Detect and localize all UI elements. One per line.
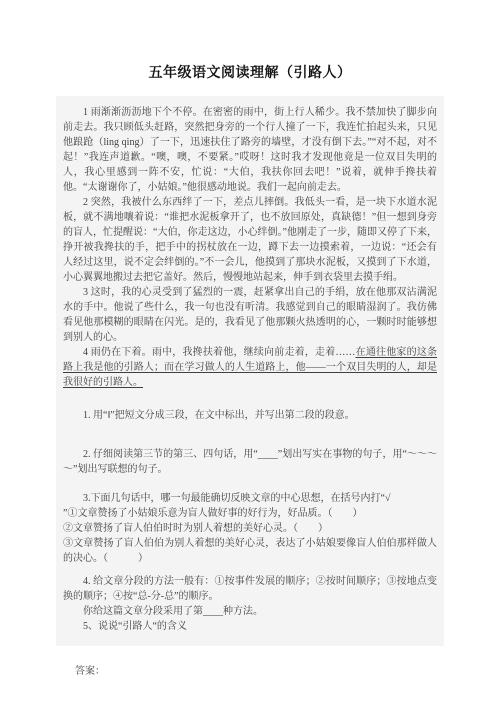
question-line: 1. 用“‖”把短文分成三段，在文中标出，并写出第二段的段意。 [63,408,437,423]
passage-paragraph: 3 这时，我的心灵受到了猛烈的一震，赶紧拿出自己的手绢，放在他那双沾满泥水的手中… [63,285,437,345]
passage: 1 雨渐渐沥沥地下个不停。在密密的雨中，街上行人稀少。我不禁加快了脚步向前走去。… [63,105,437,390]
passage-paragraph: 1 雨渐渐沥沥地下个不停。在密密的雨中，街上行人稀少。我不禁加快了脚步向前走去。… [63,105,437,195]
question-2: 2. 仔细阅读第三节的第三、四句话，用“____”划出写实在事物的句子，用“～～… [63,447,437,477]
page-title: 五年级语文阅读理解（引路人） [0,0,500,82]
question-1: 1. 用“‖”把短文分成三段，在文中标出，并写出第二段的段意。 [63,408,437,423]
question-line: 你给这篇文章分段采用了第____种方法。 [63,604,437,619]
passage-text: 2 突然，我被什么东西绊了一下，差点儿摔倒。我低头一看，是一块下水道水泥板，就不… [63,197,437,283]
passage-paragraph: 4 雨仍在下着。雨中，我搀扶着他，继续向前走着，走着……在通往他家的这条路上我是… [63,345,437,390]
passage-text: 3 这时，我的心灵受到了猛烈的一震，赶紧拿出自己的手绢，放在他那双沾满泥水的手中… [63,287,437,343]
passage-paragraph: 2 突然，我被什么东西绊了一下，差点儿摔倒。我低头一看，是一块下水道水泥板，就不… [63,195,437,285]
question-line: ③文章赞扬了盲人伯伯为别人着想的美好心灵，表达了小姑娘要像盲人伯伯那样做人的决心… [63,536,437,566]
document-body: 1 雨渐渐沥沥地下个不停。在密密的雨中，街上行人稀少。我不禁加快了脚步向前走去。… [56,96,444,646]
passage-text: 4 雨仍在下着。雨中，我搀扶着他，继续向前走着，走着…… [83,347,355,358]
answer-label: 答案： [75,664,500,679]
question-line: 4. 给文章分段的方法一般有：①按事件发展的顺序；②按时间顺序；③按地点变换的顺… [63,574,437,604]
passage-text: 1 雨渐渐沥沥地下个不停。在密密的雨中，街上行人稀少。我不禁加快了脚步向前走去。… [63,107,437,193]
question-line: 2. 仔细阅读第三节的第三、四句话，用“____”划出写实在事物的句子，用“～～… [63,447,437,477]
question-line: ②文章赞扬了盲人伯伯时时为别人着想的美好心灵。（ ） [63,521,437,536]
question-line: 5、说说“引路人“的含义 [63,619,437,634]
questions: 1. 用“‖”把短文分成三段，在文中标出，并写出第二段的段意。2. 仔细阅读第三… [63,408,437,634]
document-page: 五年级语文阅读理解（引路人） 1 雨渐渐沥沥地下个不停。在密密的雨中，街上行人稀… [0,0,500,708]
question-line: ”①文章赞扬了小姑娘乐意为盲人做好事的好行为，好品质。（ ） [63,506,437,521]
question-4: 4. 给文章分段的方法一般有：①按事件发展的顺序；②按时间顺序；③按地点变换的顺… [63,574,437,634]
question-3: 3.下面几句话中，哪一句最能确切反映文章的中心思想，在括号内打“√”①文章赞扬了… [63,491,437,566]
question-line: 3.下面几句话中，哪一句最能确切反映文章的中心思想，在括号内打“√ [63,491,437,506]
